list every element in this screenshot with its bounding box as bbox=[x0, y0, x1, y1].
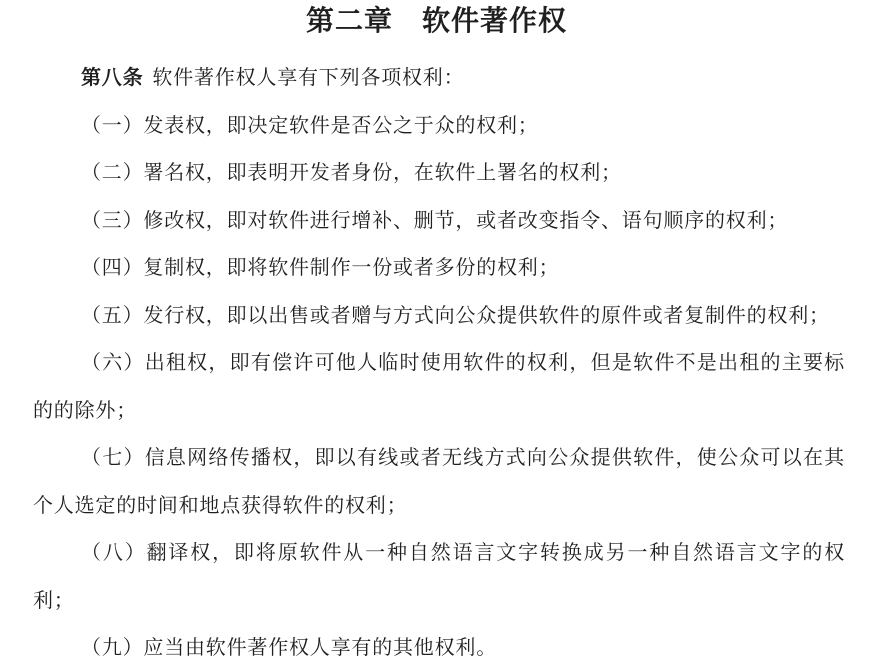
chapter-title: 第二章 软件著作权 bbox=[0, 2, 873, 42]
paragraph-line-item-4: （四）复制权，即将软件制作一份或者多份的权利； bbox=[33, 245, 845, 293]
paragraph-line-item-3: （三）修改权，即对软件进行增补、删节，或者改变指令、语句顺序的权利； bbox=[33, 198, 845, 246]
paragraph-line-item-2: （二）署名权，即表明开发者身份，在软件上署名的权利； bbox=[33, 150, 845, 198]
article-number-label: 第八条 bbox=[81, 67, 143, 89]
article-heading-line: 第八条软件著作权人享有下列各项权利： bbox=[33, 55, 845, 103]
paragraph-line-item-1: （一）发表权，即决定软件是否公之于众的权利； bbox=[33, 103, 845, 151]
paragraph-line-item-8-continuation: 利； bbox=[33, 578, 845, 626]
article-intro-text: 软件著作权人享有下列各项权利： bbox=[152, 67, 464, 89]
paragraph-line-item-7: （七）信息网络传播权，即以有线或者无线方式向公众提供软件，使公众可以在其 bbox=[33, 435, 845, 483]
paragraph-line-item-6-continuation: 的的除外； bbox=[33, 388, 845, 436]
paragraph-line-item-5: （五）发行权，即以出售或者赠与方式向公众提供软件的原件或者复制件的权利； bbox=[33, 293, 845, 341]
paragraph-line-item-9: （九）应当由软件著作权人享有的其他权利。 bbox=[33, 625, 845, 665]
document-body: 第八条软件著作权人享有下列各项权利： （一）发表权，即决定软件是否公之于众的权利… bbox=[33, 55, 845, 665]
paragraph-line-item-8: （八）翻译权，即将原软件从一种自然语言文字转换成另一种自然语言文字的权 bbox=[33, 530, 845, 578]
document-page: 第二章 软件著作权 第八条软件著作权人享有下列各项权利： （一）发表权，即决定软… bbox=[0, 0, 873, 665]
paragraph-line-item-7-continuation: 个人选定的时间和地点获得软件的权利； bbox=[33, 483, 845, 531]
paragraph-line-item-6: （六）出租权，即有偿许可他人临时使用软件的权利，但是软件不是出租的主要标 bbox=[33, 340, 845, 388]
